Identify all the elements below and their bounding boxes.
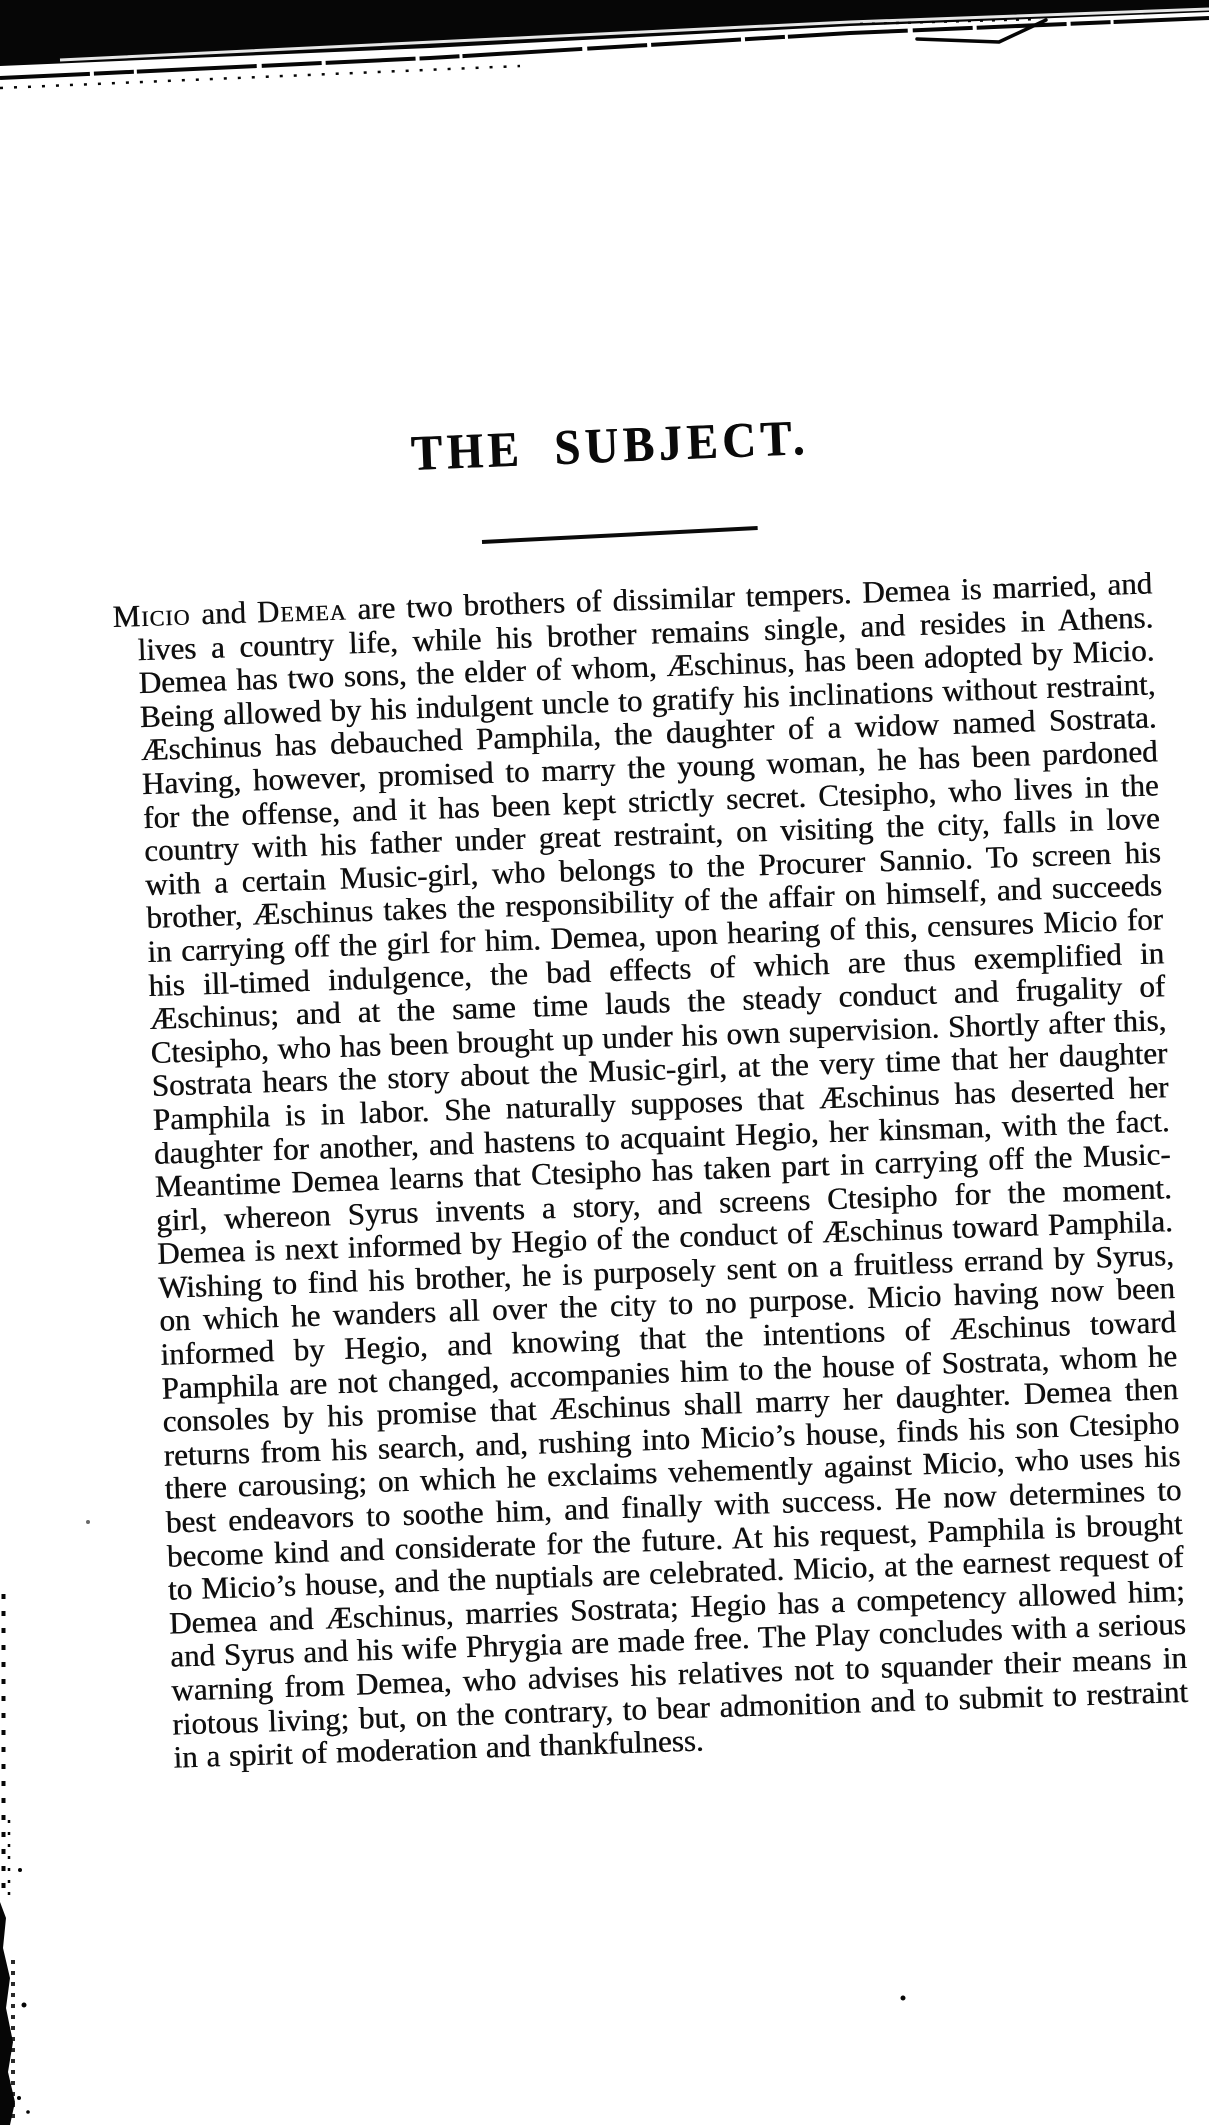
- wedge-speckle-fringe: [0, 66, 520, 88]
- wedge-speckle-right: [860, 19, 1040, 24]
- character-name-demea: Demea: [256, 591, 347, 629]
- stray-speck-margin: [86, 1520, 90, 1524]
- gutter-speck-2: [22, 2003, 27, 2008]
- checkmark-crease: [917, 20, 1046, 42]
- wedge-white-crease: [60, 9, 1209, 60]
- left-gutter-blotch: [0, 1902, 15, 2125]
- stray-speck-bottom: [901, 1996, 906, 2001]
- scanned-book-page-root: html, body { margin: 0; padding: 0; back…: [0, 0, 1209, 2125]
- top-scan-wedge: [0, 0, 1209, 66]
- title-rule: [482, 526, 758, 544]
- paragraph-text: are two brothers of dissimilar tempers. …: [137, 565, 1188, 1774]
- character-name-micio: Micio: [112, 596, 191, 633]
- gutter-speck-1: [18, 1868, 22, 1872]
- wedge-under-line: [0, 18, 1209, 78]
- book-page: THE SUBJECT. Micio and Demea are two bro…: [0, 0, 1209, 2125]
- page-title: THE SUBJECT.: [410, 412, 810, 478]
- lead-connector: and: [190, 594, 258, 631]
- gutter-speck-3: [17, 2096, 21, 2100]
- subject-paragraph: Micio and Demea are two brothers of diss…: [112, 566, 1189, 1775]
- gutter-speck-4: [26, 2110, 30, 2114]
- page-body: { "page": { "title": "THE SUBJECT.", "pa…: [0, 0, 1209, 2125]
